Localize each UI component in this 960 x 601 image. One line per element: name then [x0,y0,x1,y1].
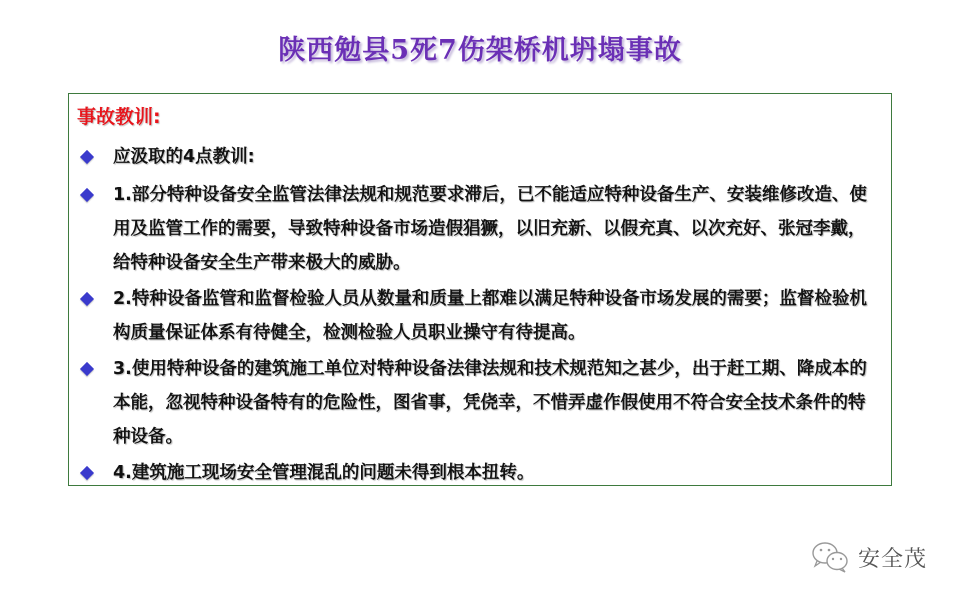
watermark: 安全茂 [810,540,927,574]
list-item-text: 4.建筑施工现场安全管理混乱的问题未得到根本扭转。 [113,463,534,483]
list-item: 2.特种设备监管和监督检验人员从数量和质量上都难以满足特种设备市场发展的需要；监… [69,282,891,350]
diamond-bullet-icon [80,188,94,202]
diamond-bullet-icon [80,150,94,164]
list-item-text: 1.部分特种设备安全监管法律法规和规范要求滞后，已不能适应特种设备生产、安装维修… [113,185,867,273]
list-item-text: 应汲取的4点教训: [113,147,255,167]
diamond-bullet-icon [80,292,94,306]
list-item: 3.使用特种设备的建筑施工单位对特种设备法律法规和技术规范知之甚少，出于赶工期、… [69,352,891,454]
list-item-text: 2.特种设备监管和监督检验人员从数量和质量上都难以满足特种设备市场发展的需要；监… [113,289,867,343]
slide-title: 陕西勉县5死7伤架桥机坍塌事故 [0,28,960,67]
list-item-text: 3.使用特种设备的建筑施工单位对特种设备法律法规和技术规范知之甚少，出于赶工期、… [113,359,867,447]
diamond-bullet-icon [80,466,94,480]
watermark-text: 安全茂 [858,542,927,573]
lessons-heading: 事故教训: [77,102,161,129]
lessons-box: 事故教训: 应汲取的4点教训: 1.部分特种设备安全监管法律法规和规范要求滞后，… [68,93,892,486]
list-item: 1.部分特种设备安全监管法律法规和规范要求滞后，已不能适应特种设备生产、安装维修… [69,178,891,280]
list-item: 4.建筑施工现场安全管理混乱的问题未得到根本扭转。 [69,456,891,490]
wechat-icon [810,540,850,574]
diamond-bullet-icon [80,362,94,376]
lessons-list: 应汲取的4点教训: 1.部分特种设备安全监管法律法规和规范要求滞后，已不能适应特… [69,140,891,492]
list-item: 应汲取的4点教训: [69,140,891,174]
